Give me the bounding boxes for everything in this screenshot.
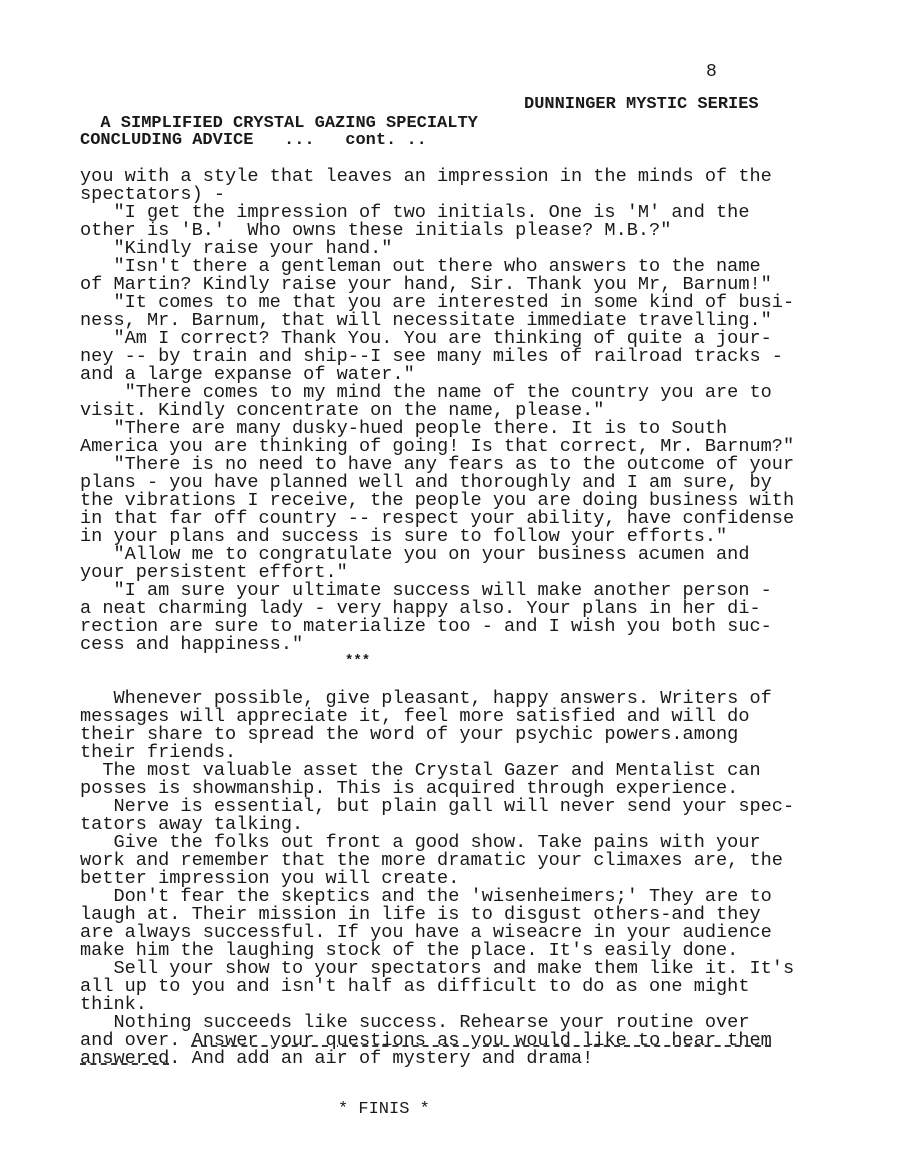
text-line: answered. And add an air of mystery and …: [80, 1050, 820, 1068]
separator: ***: [345, 653, 370, 669]
body-text-part2: Whenever possible, give pleasant, happy …: [80, 690, 820, 1068]
underlined-text: answered: [80, 1048, 169, 1069]
page-number: 8: [706, 62, 717, 82]
text-line: cess and happiness.": [80, 636, 820, 654]
body-text-part1: you with a style that leaves an impressi…: [80, 168, 820, 654]
text-line: all up to you and isn't half as difficul…: [80, 978, 820, 996]
text-segment: . And add an air of mystery and drama!: [169, 1048, 593, 1069]
section-title: CONCLUDING ADVICE ... cont. ..: [80, 131, 427, 150]
finis-marker: * FINIS *: [338, 1100, 430, 1119]
header-series: DUNNINGER MYSTIC SERIES: [524, 95, 759, 114]
